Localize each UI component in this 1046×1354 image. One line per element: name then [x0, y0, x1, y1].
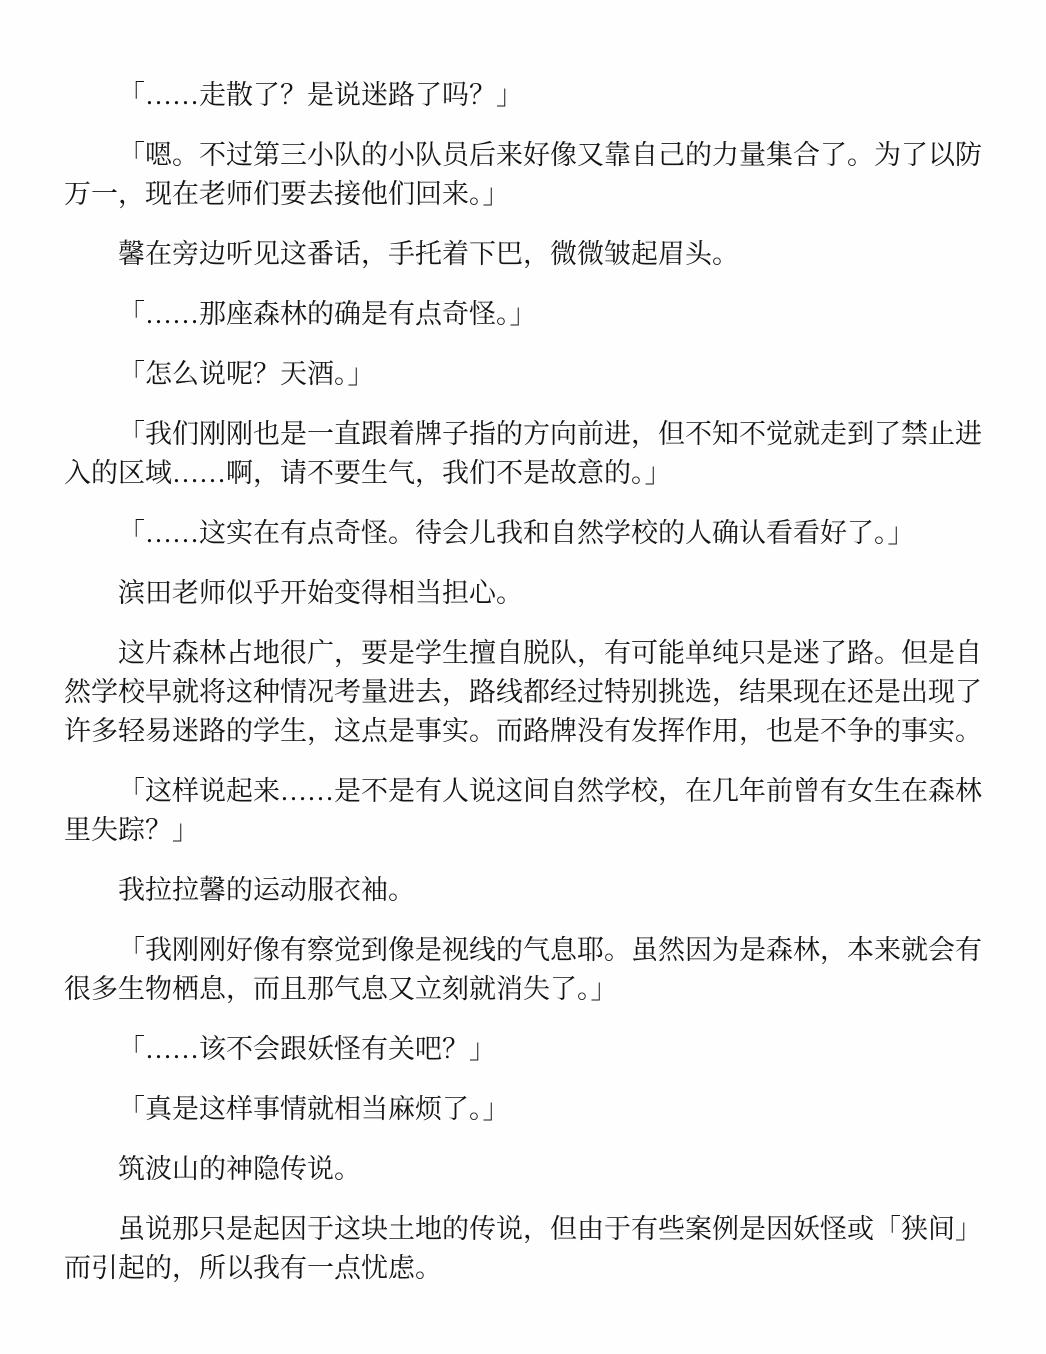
paragraph: 「我们刚刚也是一直跟着牌子指的方向前进，但不知不觉就走到了禁止进入的区域……啊，… — [64, 415, 982, 493]
novel-page: 「……走散了？是说迷路了吗？」「嗯。不过第三小队的小队员后来好像又靠自己的力量集… — [0, 0, 1046, 1354]
paragraph: 「怎么说呢？天酒。」 — [64, 355, 982, 394]
paragraph: 「……那座森林的确是有点奇怪。」 — [64, 295, 982, 334]
paragraph: 「真是这样事情就相当麻烦了。」 — [64, 1090, 982, 1129]
paragraph: 「嗯。不过第三小队的小队员后来好像又靠自己的力量集合了。为了以防万一，现在老师们… — [64, 136, 982, 214]
paragraph: 「……该不会跟妖怪有关吧？」 — [64, 1030, 982, 1069]
paragraph: 「……这实在有点奇怪。待会儿我和自然学校的人确认看看好了。」 — [64, 514, 982, 553]
paragraph: 这片森林占地很广，要是学生擅自脱队，有可能单纯只是迷了路。但是自然学校早就将这种… — [64, 634, 982, 751]
paragraph: 「……走散了？是说迷路了吗？」 — [64, 76, 982, 115]
paragraph: 虽说那只是起因于这块土地的传说，但由于有些案例是因妖怪或「狭间」而引起的，所以我… — [64, 1210, 982, 1288]
paragraph: 滨田老师似乎开始变得相当担心。 — [64, 574, 982, 613]
paragraph: 「我刚刚好像有察觉到像是视线的气息耶。虽然因为是森林，本来就会有很多生物栖息，而… — [64, 931, 982, 1009]
paragraph: 我拉拉馨的运动服衣袖。 — [64, 871, 982, 910]
paragraph: 馨在旁边听见这番话，手托着下巴，微微皱起眉头。 — [64, 235, 982, 274]
text-column: 「……走散了？是说迷路了吗？」「嗯。不过第三小队的小队员后来好像又靠自己的力量集… — [64, 76, 982, 1288]
paragraph: 筑波山的神隐传说。 — [64, 1150, 982, 1189]
paragraph: 「这样说起来……是不是有人说这间自然学校，在几年前曾有女生在森林里失踪？」 — [64, 772, 982, 850]
